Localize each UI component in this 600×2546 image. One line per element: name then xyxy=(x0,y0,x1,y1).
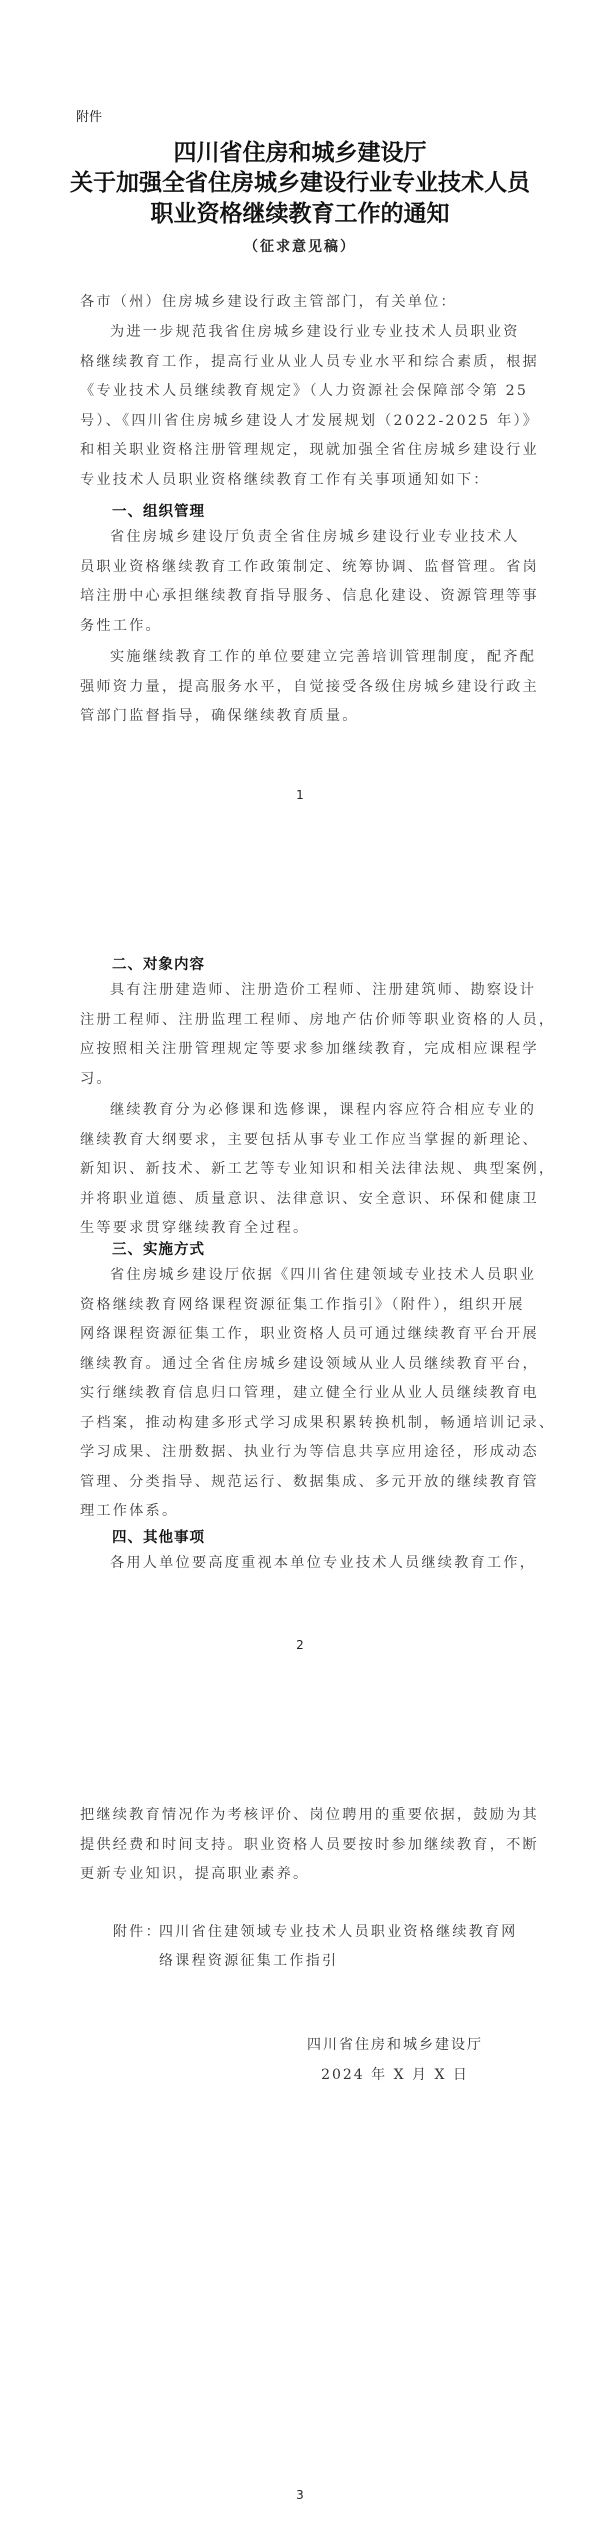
section-heading-2: 二、对象内容 xyxy=(112,953,205,974)
text-line: 员职业资格继续教育工作政策制定、统筹协调、监督管理。省岗 xyxy=(80,553,510,583)
section-heading-1: 一、组织管理 xyxy=(112,500,205,521)
page-number-3: 3 xyxy=(0,2488,600,2502)
text-line: 继续教育大纲要求，主要包括从事专业工作应当掌握的新理论、 xyxy=(80,1126,510,1156)
text-line: 务性工作。 xyxy=(80,612,510,642)
attachment-note: 附件： 四川省住建领域专业技术人员职业资格继续教育网 络课程资源征集工作指引 xyxy=(113,1918,493,1976)
section-3-paragraph-1: 省住房城乡建设厅依据《四川省住建领域专业技术人员职业 资格继续教育网络课程资源征… xyxy=(80,1261,510,1527)
text-line: 实施继续教育工作的单位要建立完善培训管理制度，配齐配 xyxy=(80,643,510,673)
salutation: 各市（州）住房城乡建设行政主管部门，有关单位： xyxy=(80,288,510,318)
section-heading-4: 四、其他事项 xyxy=(112,1526,205,1547)
text-line: 更新专业知识，提高职业素养。 xyxy=(80,1860,510,1890)
text-line: 应按照相关注册管理规定等要求参加继续教育，完成相应课程学 xyxy=(80,1035,510,1065)
text-line: 并将职业道德、质量意识、法律意识、安全意识、环保和健康卫 xyxy=(80,1185,510,1215)
section-2-paragraph-2: 继续教育分为必修课和选修课，课程内容应符合相应专业的 继续教育大纲要求，主要包括… xyxy=(80,1096,510,1244)
title-line-1: 四川省住房和城乡建设厅 xyxy=(0,134,600,167)
text-line: 管部门监督指导，确保继续教育质量。 xyxy=(80,702,510,732)
text-line: 省住房城乡建设厅依据《四川省住建领域专业技术人员职业 xyxy=(80,1261,510,1291)
text-line: 把继续教育情况作为考核评价、岗位聘用的重要依据，鼓励为其 xyxy=(80,1801,510,1831)
text-line: 《专业技术人员继续教育规定》（人力资源社会保障部令第 25 xyxy=(80,377,510,407)
text-line: 网络课程资源征集工作，职业资格人员可通过继续教育平台开展 xyxy=(80,1320,510,1350)
issue-date: 2024 年 X 月 X 日 xyxy=(290,2060,500,2090)
text-line: 培注册中心承担继续教育指导服务、信息化建设、资源管理等事 xyxy=(80,582,510,612)
title-line-2: 关于加强全省住房城乡建设行业专业技术人员 xyxy=(0,164,600,197)
text-line: 各用人单位要高度重视本单位专业技术人员继续教育工作， xyxy=(80,1549,510,1579)
text-line: 提供经费和时间支持。职业资格人员要按时参加继续教育，不断 xyxy=(80,1831,510,1861)
section-1-paragraph-2: 实施继续教育工作的单位要建立完善培训管理制度，配齐配 强师资力量，提高服务水平，… xyxy=(80,643,510,732)
page-number-2: 2 xyxy=(0,1638,600,1652)
text-line: 为进一步规范我省住房城乡建设行业专业技术人员职业资 xyxy=(80,318,510,348)
text-line: 省住房城乡建设厅负责全省住房城乡建设行业专业技术人 xyxy=(80,523,510,553)
text-line: 强师资力量，提高服务水平，自觉接受各级住房城乡建设行政主 xyxy=(80,673,510,703)
draft-subtitle: （征求意见稿） xyxy=(0,236,600,256)
text-line: 格继续教育工作，提高行业从业人员专业水平和综合素质，根据 xyxy=(80,348,510,378)
intro-paragraph: 为进一步规范我省住房城乡建设行业专业技术人员职业资 格继续教育工作，提高行业从业… xyxy=(80,318,510,495)
text-line: 专业技术人员职业资格继续教育工作有关事项通知如下： xyxy=(80,466,510,496)
section-heading-3: 三、实施方式 xyxy=(112,1238,205,1259)
text-line: 学习成果、注册数据、执业行为等信息共享应用途径，形成动态 xyxy=(80,1438,510,1468)
page-number-1: 1 xyxy=(0,788,600,802)
signature-block: 四川省住房和城乡建设厅 2024 年 X 月 X 日 xyxy=(290,2030,500,2090)
text-line: 实行继续教育信息归口管理，建立健全行业从业人员继续教育电 xyxy=(80,1379,510,1409)
text-line: 理工作体系。 xyxy=(80,1497,510,1527)
attachment-note-line-2: 络课程资源征集工作指引 xyxy=(159,1947,338,1976)
text-line: 具有注册建造师、注册造价工程师、注册建筑师、勘察设计 xyxy=(80,976,510,1006)
section-1-paragraph-1: 省住房城乡建设厅负责全省住房城乡建设行业专业技术人 员职业资格继续教育工作政策制… xyxy=(80,523,510,641)
attachment-note-line-1: 四川省住建领域专业技术人员职业资格继续教育网 xyxy=(159,1918,518,1947)
text-line: 和相关职业资格注册管理规定，现就加强全省住房城乡建设行业 xyxy=(80,436,510,466)
text-line: 继续教育分为必修课和选修课，课程内容应符合相应专业的 xyxy=(80,1096,510,1126)
section-4-paragraph-1: 各用人单位要高度重视本单位专业技术人员继续教育工作， xyxy=(80,1549,510,1579)
text-line: 习。 xyxy=(80,1065,510,1095)
text-line: 注册工程师、注册监理工程师、房地产估价师等职业资格的人员， xyxy=(80,1006,510,1036)
text-line: 新知识、新技术、新工艺等专业知识和相关法律法规、典型案例， xyxy=(80,1155,510,1185)
attachment-note-label: 附件： xyxy=(113,1918,159,1947)
text-line: 子档案，推动构建多形式学习成果积累转换机制，畅通培训记录、 xyxy=(80,1409,510,1439)
title-line-3: 职业资格继续教育工作的通知 xyxy=(0,195,600,228)
text-line: 继续教育。通过全省住房城乡建设领域从业人员继续教育平台， xyxy=(80,1350,510,1380)
text-line: 管理、分类指导、规范运行、数据集成、多元开放的继续教育管 xyxy=(80,1468,510,1498)
salutation-text: 各市（州）住房城乡建设行政主管部门，有关单位： xyxy=(80,288,510,318)
text-line: 号）、《四川省住房城乡建设人才发展规划（2022-2025 年）》 xyxy=(80,407,510,437)
issuer-name: 四川省住房和城乡建设厅 xyxy=(290,2030,500,2060)
text-line: 资格继续教育网络课程资源征集工作指引》（附件），组织开展 xyxy=(80,1291,510,1321)
section-4-paragraph-2: 把继续教育情况作为考核评价、岗位聘用的重要依据，鼓励为其 提供经费和时间支持。职… xyxy=(80,1801,510,1890)
attachment-label: 附件 xyxy=(76,106,102,125)
section-2-paragraph-1: 具有注册建造师、注册造价工程师、注册建筑师、勘察设计 注册工程师、注册监理工程师… xyxy=(80,976,510,1094)
